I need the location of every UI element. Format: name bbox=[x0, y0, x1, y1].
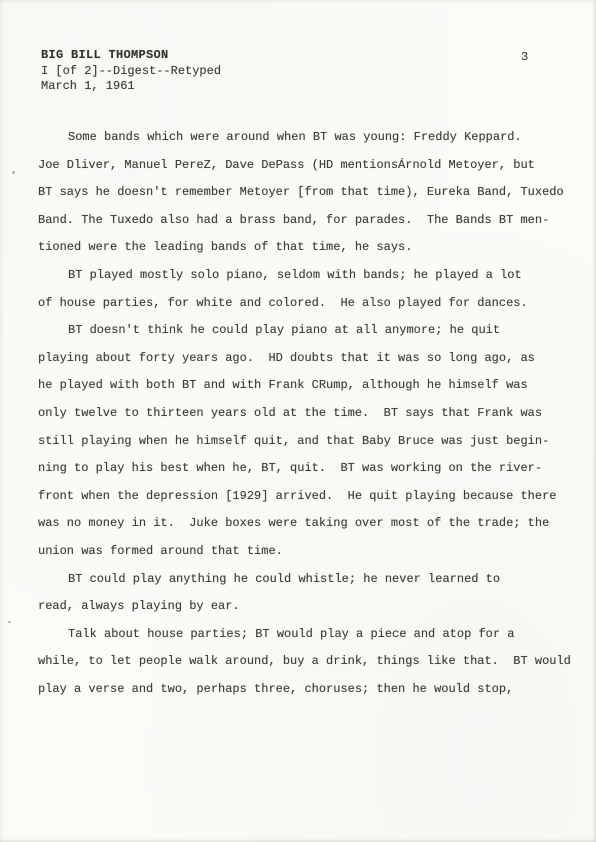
text-line: BT could play anything he could whistle;… bbox=[38, 566, 583, 594]
scan-speck bbox=[12, 171, 15, 174]
text-line: was no money in it. Juke boxes were taki… bbox=[38, 510, 583, 538]
text-line: play a verse and two, perhaps three, cho… bbox=[38, 676, 583, 704]
text-line: Joe Dliver, Manuel PereZ, Dave DePass (H… bbox=[38, 152, 583, 180]
text-line: Band. The Tuxedo also had a brass band, … bbox=[38, 207, 583, 235]
scanned-document-page: BIG BILL THOMPSON I [of 2]--Digest--Rety… bbox=[0, 0, 596, 842]
paragraph-quit-playing: BT doesn't think he could play piano at … bbox=[38, 317, 583, 565]
text-line: Some bands which were around when BT was… bbox=[38, 124, 583, 152]
paragraph-play-by-ear: BT could play anything he could whistle;… bbox=[38, 566, 583, 621]
paragraph-solo-piano: BT played mostly solo piano, seldom with… bbox=[38, 262, 583, 317]
text-line: read, always playing by ear. bbox=[38, 593, 583, 621]
text-line: BT says he doesn't remember Metoyer [fro… bbox=[38, 179, 583, 207]
text-line: BT played mostly solo piano, seldom with… bbox=[38, 262, 583, 290]
scan-speck bbox=[8, 621, 11, 623]
document-title: BIG BILL THOMPSON bbox=[41, 48, 221, 64]
text-line: front when the depression [1929] arrived… bbox=[38, 483, 583, 511]
text-line: Talk about house parties; BT would play … bbox=[38, 621, 583, 649]
document-body: Some bands which were around when BT was… bbox=[38, 124, 583, 703]
text-line: still playing when he himself quit, and … bbox=[38, 428, 583, 456]
text-line: he played with both BT and with Frank CR… bbox=[38, 372, 583, 400]
text-line: only twelve to thirteen years old at the… bbox=[38, 400, 583, 428]
text-line: while, to let people walk around, buy a … bbox=[38, 648, 583, 676]
text-line: union was formed around that time. bbox=[38, 538, 583, 566]
text-line: of house parties, for white and colored.… bbox=[38, 290, 583, 318]
text-line: playing about forty years ago. HD doubts… bbox=[38, 345, 583, 373]
paragraph-house-parties: Talk about house parties; BT would play … bbox=[38, 621, 583, 704]
text-line: BT doesn't think he could play piano at … bbox=[38, 317, 583, 345]
paragraph-bands: Some bands which were around when BT was… bbox=[38, 124, 583, 262]
text-line: ning to play his best when he, BT, quit.… bbox=[38, 455, 583, 483]
text-line: tioned were the leading bands of that ti… bbox=[38, 234, 583, 262]
document-header: BIG BILL THOMPSON I [of 2]--Digest--Rety… bbox=[41, 48, 221, 95]
page-number: 3 bbox=[521, 50, 528, 65]
document-date: March 1, 1961 bbox=[41, 79, 221, 95]
document-subtitle: I [of 2]--Digest--Retyped bbox=[41, 64, 221, 80]
